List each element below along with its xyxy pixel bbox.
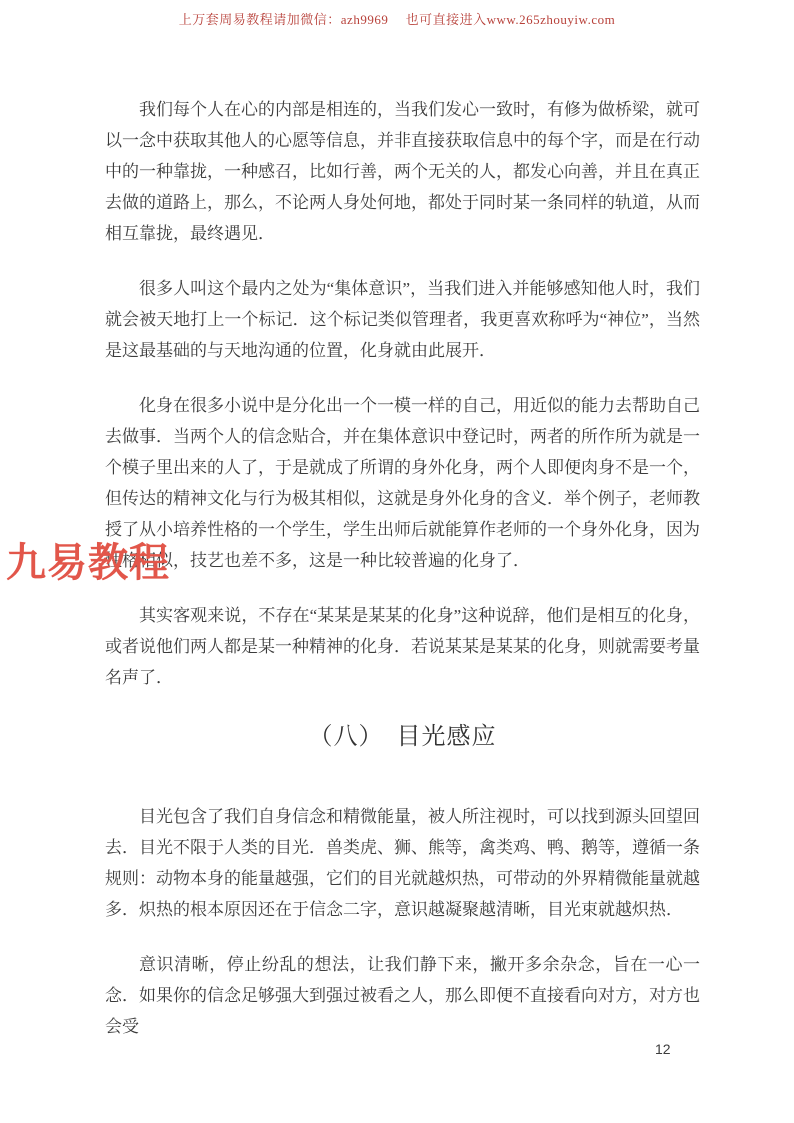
paragraph-mutual-avatar: 其实客观来说，不存在“某某是某某的化身”这种说辞，他们是相互的化身，或者说他们两… (105, 600, 700, 693)
paragraph-clear-mind: 意识清晰，停止纷乱的想法，让我们静下来，撇开多余杂念，旨在一心一念．如果你的信念… (105, 949, 700, 1042)
section-heading-gaze-induction: （八） 目光感应 (105, 719, 700, 755)
paragraph-avatar-explanation: 化身在很多小说中是分化出一个一模一样的自己，用近似的能力去帮助自己去做事．当两个… (105, 390, 700, 576)
header-promo-text: 上万套周易教程请加微信：azh9969 也可直接进入www.265zhouyiw… (0, 9, 794, 28)
paragraph-gaze-energy: 目光包含了我们自身信念和精微能量，被人所注视时，可以找到源头回望回去．目光不限于… (105, 801, 700, 925)
page-number: 12 (655, 1041, 671, 1057)
paragraph-mind-connection: 我们每个人在心的内部是相连的，当我们发心一致时，有修为做桥梁，就可以一念中获取其… (105, 94, 700, 249)
document-page: 上万套周易教程请加微信：azh9969 也可直接进入www.265zhouyiw… (0, 0, 794, 1123)
page-content: 我们每个人在心的内部是相连的，当我们发心一致时，有修为做桥梁，就可以一念中获取其… (105, 94, 700, 1066)
paragraph-collective-consciousness: 很多人叫这个最内之处为“集体意识”，当我们进入并能够感知他人时，我们就会被天地打… (105, 273, 700, 366)
